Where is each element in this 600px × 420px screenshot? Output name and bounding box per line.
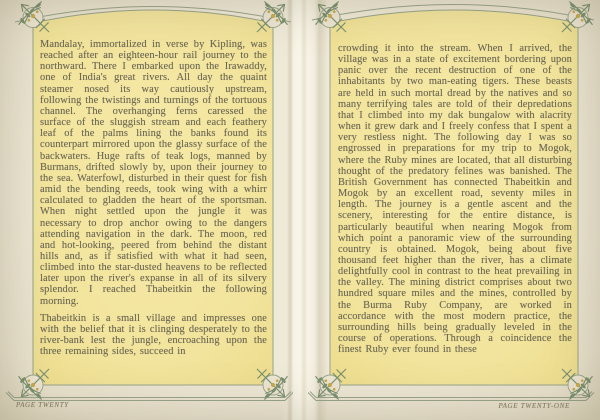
page-number-right: PAGE TWENTY-ONE: [420, 402, 570, 410]
paragraph: Thabeitkin is a small village and impres…: [40, 313, 267, 358]
page-number-left: PAGE TWENTY: [16, 401, 69, 409]
book-spread: Mandalay, immortalized in verse by Kipli…: [0, 0, 600, 420]
left-page-text: Mandalay, immortalized in verse by Kipli…: [40, 39, 267, 363]
paragraph: Mandalay, immortalized in verse by Kipli…: [40, 39, 267, 307]
right-page-text: crowding it into the stream. When I arri…: [338, 43, 572, 361]
paragraph: crowding it into the stream. When I arri…: [338, 43, 572, 355]
